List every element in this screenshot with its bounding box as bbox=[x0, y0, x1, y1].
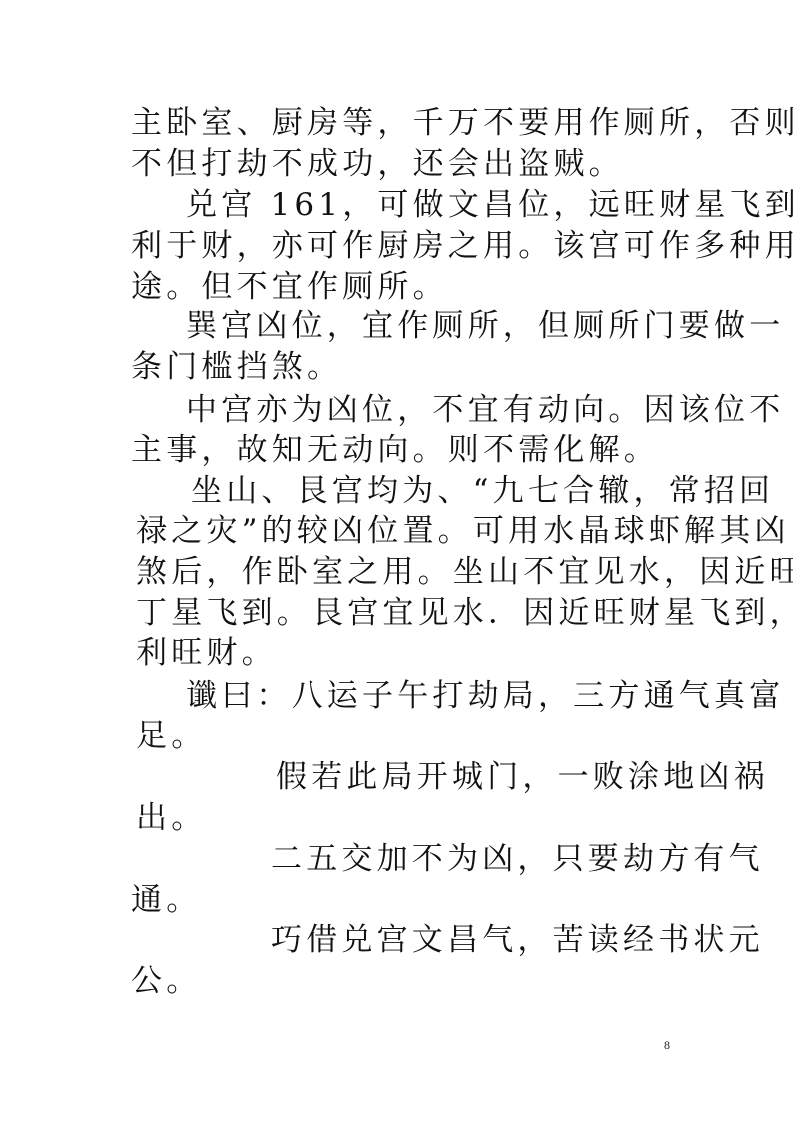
text-line: 利旺财。 bbox=[136, 633, 277, 673]
text-line: 巽宫凶位，宜作厕所，但厕所门要做一 bbox=[186, 306, 784, 346]
verse-line: 巧借兑宫文昌气，苦读经书状元 bbox=[271, 920, 764, 960]
verse-line: 假若此局开城门，一败涂地凶祸 bbox=[276, 757, 769, 797]
verse-line: 出。 bbox=[136, 798, 206, 838]
page-number: 8 bbox=[664, 1038, 670, 1053]
text-line: 兑宫 161，可做文昌位，远旺财星飞到， bbox=[186, 185, 793, 225]
text-line: 利于财，亦可作厨房之用。该宫可作多种用 bbox=[131, 226, 793, 266]
verse-line: 二五交加不为凶，只要劫方有气 bbox=[271, 839, 764, 879]
verse-line: 谶曰：八运子午打劫局，三方通气真富 bbox=[186, 676, 784, 716]
text-line: 丁星飞到。艮宫宜见水．因近旺财星飞到， bbox=[136, 593, 793, 633]
verse-line: 足。 bbox=[136, 716, 206, 756]
text-line: 坐山、艮宫均为、“九七合辙，常招回 bbox=[191, 471, 774, 511]
verse-line: 通。 bbox=[131, 880, 201, 920]
verse-line: 公。 bbox=[131, 961, 201, 1001]
text-line: 主卧室、厨房等，千万不要用作厕所，否则， bbox=[131, 103, 793, 143]
text-line: 禄之灾”的较凶位置。可用水晶球虾解其凶 bbox=[136, 511, 790, 551]
text-line: 中宫亦为凶位，不宜有动向。因该位不 bbox=[186, 390, 784, 430]
text-line: 煞后，作卧室之用。坐山不宜见水，因近旺 bbox=[136, 552, 793, 592]
document-page: 主卧室、厨房等，千万不要用作厕所，否则， 不但打劫不成功，还会出盗贼。 兑宫 1… bbox=[0, 0, 793, 1122]
text-line: 主事，故知无动向。则不需化解。 bbox=[131, 430, 659, 470]
text-line: 不但打劫不成功，还会出盗贼。 bbox=[131, 144, 624, 184]
text-line: 条门槛挡煞。 bbox=[131, 347, 342, 387]
text-line: 途。但不宜作厕所。 bbox=[131, 267, 448, 307]
